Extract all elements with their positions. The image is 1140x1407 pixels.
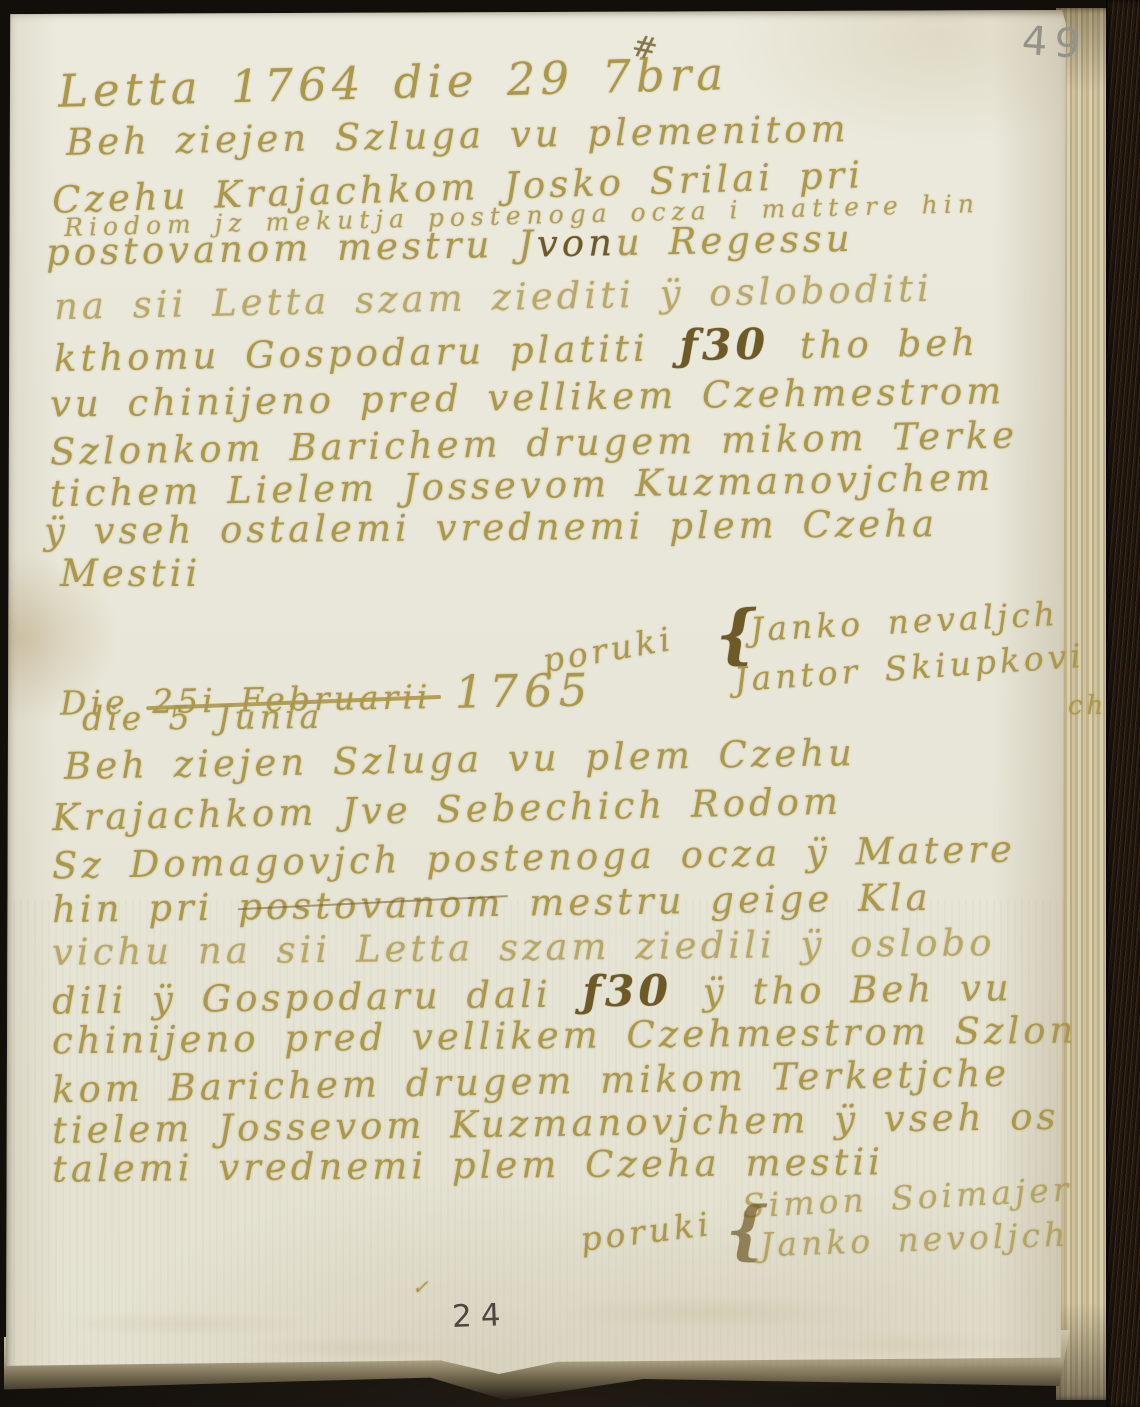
line-text: ÿ tho Beh vu <box>703 966 1013 1013</box>
overwritten-word: von <box>537 221 617 265</box>
archival-page-number: 24 <box>451 1297 510 1335</box>
lightly-struck-word: postovanom <box>238 884 505 928</box>
manuscript-line: ÿ vseh ostalemi vrednemi plem Czeha <box>44 504 938 552</box>
payment-sum: ƒ30 <box>673 319 775 371</box>
manuscript-scan: 49 24 ✓ Letta 1764 die 29 7bra # Beh zie… <box>0 0 1140 1407</box>
line-text: hin pri <box>52 886 214 931</box>
manuscript-line: Mestii <box>60 554 201 595</box>
line-text: u Regessu <box>616 217 854 264</box>
book-binding <box>1106 0 1140 1407</box>
manuscript-line: talemi vrednemi plem Czeha mestii <box>52 1142 884 1190</box>
folio-number: 49 <box>1020 18 1088 68</box>
witness-name-overflow: ch <box>1068 692 1107 721</box>
corrected-date: die 5 Junia <box>82 699 323 737</box>
line-text: mestru geige Kla <box>529 876 932 925</box>
date-year: 1765 <box>454 663 593 718</box>
line-text: postovanom mestru J <box>46 222 538 274</box>
ink-check-mark: ✓ <box>412 1276 433 1298</box>
payment-sum: ƒ30 <box>576 966 678 1017</box>
line-text: tho beh <box>800 321 980 367</box>
